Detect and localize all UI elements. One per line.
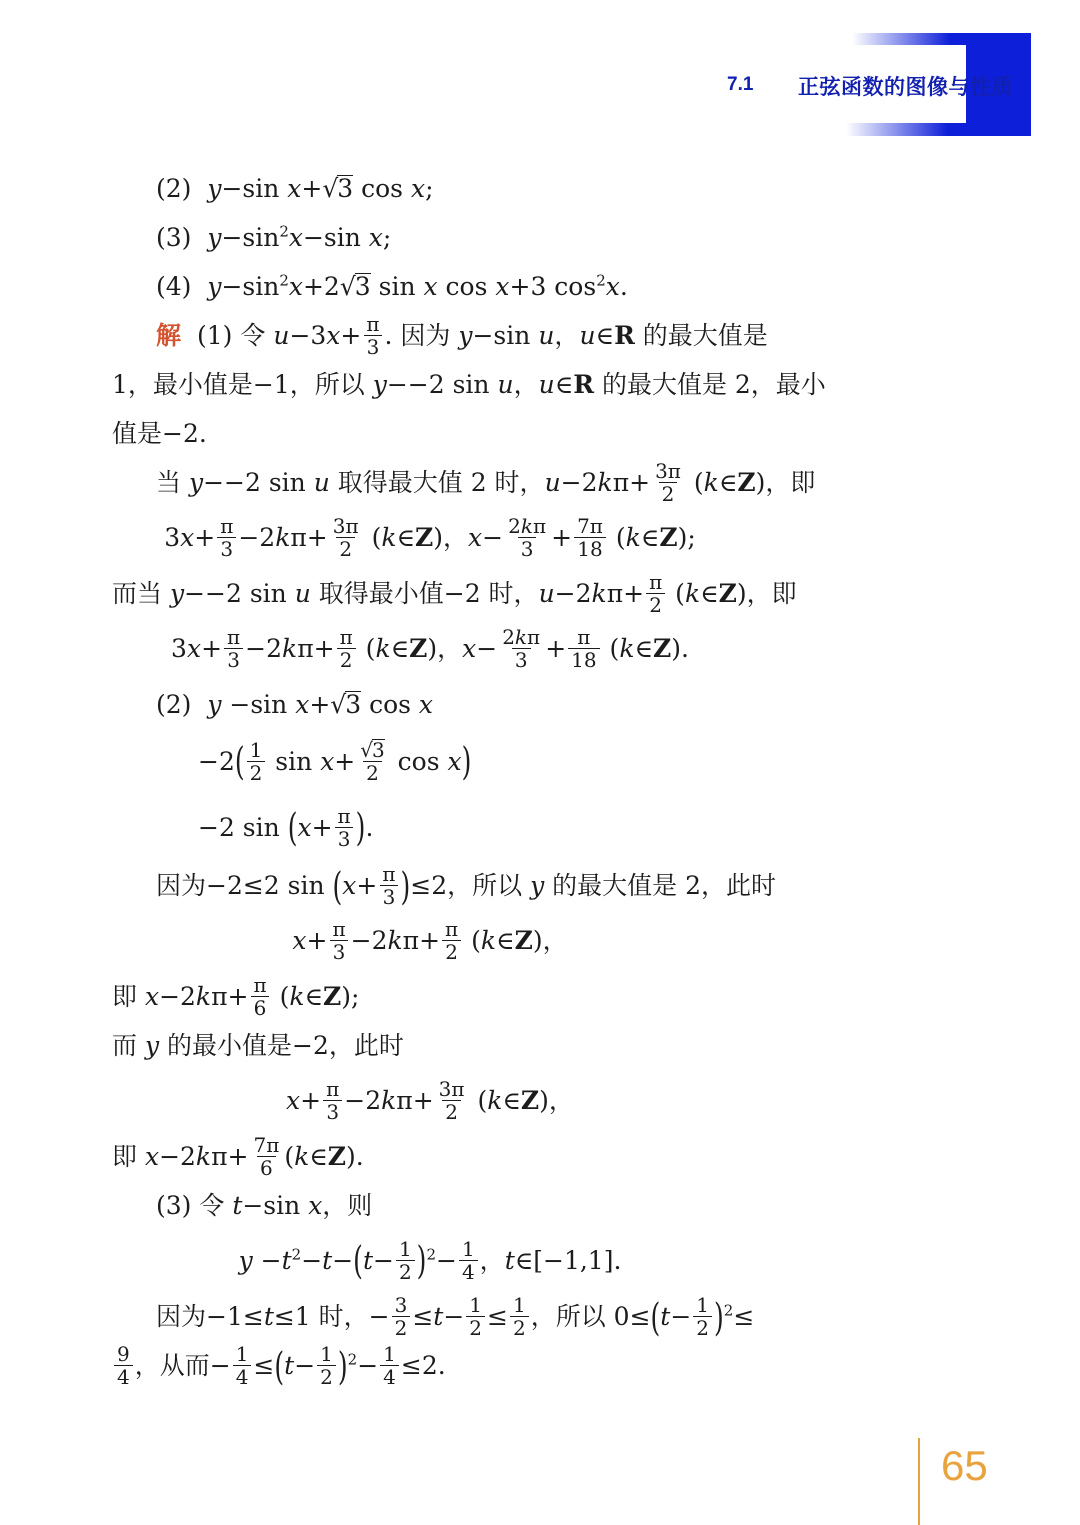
math-var: x bbox=[419, 690, 433, 719]
math-token: 3 bbox=[224, 648, 243, 671]
math-var: x bbox=[287, 174, 301, 203]
textbook-page: 7.1 正弦函数的图像与性质 (2) y−sin x+√3 cos x;(3) … bbox=[0, 0, 1080, 1525]
big-paren: ) bbox=[462, 711, 472, 813]
fraction: 3π2 bbox=[436, 1078, 468, 1124]
math-token: 1 bbox=[466, 1294, 485, 1316]
fraction: π2 bbox=[337, 626, 356, 672]
math-token: 3 bbox=[323, 1100, 342, 1123]
big-paren: ( bbox=[333, 848, 343, 924]
math-line: 当 y−−2 sin u 取得最大值 2 时，u−2kπ+3π2 (k∈Z)，即 bbox=[112, 458, 748, 507]
fraction: 7π6 bbox=[250, 1134, 282, 1180]
math-var: k bbox=[282, 634, 297, 663]
math-set-symbol: Z bbox=[737, 468, 755, 497]
fraction: 12 bbox=[317, 1343, 336, 1389]
math-var: x bbox=[424, 272, 438, 301]
math-token: 18 bbox=[574, 537, 605, 560]
fraction: 14 bbox=[233, 1343, 252, 1389]
fraction: 12 bbox=[247, 739, 266, 785]
math-line: 而当 y−−2 sin u 取得最小值−2 时，u−2kπ+π2 (k∈Z)，即 bbox=[112, 569, 748, 618]
math-var: x bbox=[187, 634, 201, 663]
math-token: 2 bbox=[659, 482, 678, 505]
math-line: −2 sin (x+π3). bbox=[112, 795, 748, 861]
math-var: y bbox=[373, 370, 387, 399]
fraction: 12 bbox=[396, 1238, 415, 1284]
math-token: 2 bbox=[693, 1316, 712, 1339]
superscript: 2 bbox=[279, 272, 289, 290]
math-var: t bbox=[363, 1246, 373, 1275]
math-token: 9 bbox=[114, 1343, 133, 1365]
math-var: x bbox=[448, 747, 462, 776]
math-token: 3 bbox=[330, 940, 349, 963]
math-token: π bbox=[442, 918, 461, 940]
math-set-symbol: Z bbox=[415, 523, 433, 552]
math-line: 因为−2≤2 sin (x+π3)≤2，所以 y 的最大值是 2，此时 bbox=[112, 861, 748, 910]
math-var: y bbox=[207, 690, 221, 719]
math-line: (4) y−sin2x+2√3 sin x cos x+3 cos2x. bbox=[112, 262, 748, 311]
big-paren: ) bbox=[356, 777, 366, 879]
math-token: 1 bbox=[233, 1343, 252, 1365]
superscript: 2 bbox=[292, 1246, 302, 1264]
math-line: (3) y−sin2x−sin x; bbox=[112, 213, 748, 262]
math-token: π bbox=[379, 863, 398, 885]
fraction: 3π2 bbox=[330, 515, 362, 561]
math-token: 1 bbox=[380, 1343, 399, 1365]
math-var: u bbox=[539, 579, 555, 608]
math-token: 3 bbox=[345, 691, 361, 718]
math-token: 4 bbox=[459, 1260, 478, 1283]
math-line: 因为−1≤t≤1 时，−32≤t−12≤12，所以 0≤(t−12)2≤ bbox=[112, 1292, 748, 1341]
math-var: y bbox=[530, 871, 544, 900]
math-var: t bbox=[505, 1246, 515, 1275]
math-var: x bbox=[289, 272, 303, 301]
fraction: 94 bbox=[114, 1343, 133, 1389]
fraction: π3 bbox=[224, 626, 243, 672]
radical-sign: √ bbox=[330, 690, 345, 719]
math-token: 2kπ bbox=[499, 626, 543, 648]
fraction: 12 bbox=[510, 1294, 529, 1340]
math-line: (3) 令 t−sin x，则 bbox=[112, 1181, 748, 1230]
math-set-symbol: Z bbox=[719, 579, 737, 608]
fraction: 32 bbox=[392, 1294, 411, 1340]
fraction: π6 bbox=[250, 974, 269, 1020]
math-token: 18 bbox=[568, 648, 599, 671]
superscript: 2 bbox=[279, 223, 289, 241]
fraction: π18 bbox=[568, 626, 599, 672]
math-var: t bbox=[322, 1246, 332, 1275]
math-var: y bbox=[189, 468, 203, 497]
math-token: 2 bbox=[466, 1316, 485, 1339]
math-token: 1 bbox=[510, 1294, 529, 1316]
section-number: 7.1 bbox=[727, 74, 753, 96]
math-var: x bbox=[495, 272, 509, 301]
math-var: u bbox=[579, 321, 595, 350]
radical-sign: √ bbox=[340, 272, 355, 301]
fraction: 14 bbox=[459, 1238, 478, 1284]
math-var: y bbox=[239, 1246, 253, 1275]
math-set-symbol: R bbox=[573, 370, 594, 399]
math-token: 3 bbox=[392, 1294, 411, 1316]
math-var: x bbox=[295, 690, 309, 719]
math-var: x bbox=[308, 1191, 322, 1220]
fraction: 3π2 bbox=[652, 460, 684, 506]
math-token: 1 bbox=[317, 1343, 336, 1365]
math-token: 2 bbox=[363, 761, 382, 784]
math-line: 1，最小值是−1，所以 y−−2 sin u，u∈R 的最大值是 2，最小 bbox=[112, 360, 748, 409]
fraction: π3 bbox=[329, 918, 348, 964]
math-var: k bbox=[685, 579, 700, 608]
math-set-symbol: Z bbox=[521, 1086, 539, 1115]
math-token: 1 bbox=[693, 1294, 712, 1316]
fraction: 12 bbox=[693, 1294, 712, 1340]
math-token: 2 bbox=[337, 648, 356, 671]
math-line: 3x+π3−2kπ+π2 (k∈Z)，x−2kπ3+π18 (k∈Z). bbox=[112, 618, 748, 680]
math-var: t bbox=[232, 1191, 242, 1220]
radical-sign: √ bbox=[360, 738, 372, 762]
math-token: π bbox=[217, 515, 236, 537]
math-var: k bbox=[626, 523, 641, 552]
fraction: 7π18 bbox=[574, 515, 606, 561]
big-paren: ( bbox=[651, 1279, 661, 1355]
sqrt: √3 bbox=[360, 738, 384, 762]
math-line: 3x+π3−2kπ+3π2 (k∈Z)，x−2kπ3+7π18 (k∈Z); bbox=[112, 507, 748, 569]
math-var: x bbox=[411, 174, 425, 203]
math-token: 3 bbox=[512, 648, 531, 671]
math-var: k bbox=[381, 523, 396, 552]
math-var: t bbox=[284, 1351, 294, 1380]
math-var: x bbox=[462, 634, 476, 663]
math-var: x bbox=[468, 523, 482, 552]
content-lines: (2) y−sin x+√3 cos x;(3) y−sin2x−sin x;(… bbox=[112, 164, 748, 1390]
math-var: u bbox=[314, 468, 330, 497]
big-paren: ) bbox=[338, 1328, 348, 1404]
big-paren: ) bbox=[401, 848, 411, 924]
math-var: y bbox=[207, 223, 221, 252]
page-number: 65 bbox=[941, 1442, 988, 1490]
math-var: x bbox=[145, 982, 159, 1011]
math-line: −2(12 sin x+√32 cos x) bbox=[112, 729, 748, 795]
math-line: 即 x−2kπ+7π6(k∈Z). bbox=[112, 1132, 748, 1181]
math-var: t bbox=[433, 1302, 443, 1331]
math-var: y bbox=[145, 1031, 159, 1060]
math-token: √3 bbox=[357, 739, 387, 761]
math-token: 6 bbox=[251, 996, 270, 1019]
math-var: k bbox=[521, 514, 533, 538]
fraction: π2 bbox=[442, 918, 461, 964]
math-var: k bbox=[275, 523, 290, 552]
math-var: t bbox=[660, 1302, 670, 1331]
math-token: π bbox=[574, 626, 593, 648]
math-token: 4 bbox=[233, 1365, 252, 1388]
sqrt: √3 bbox=[340, 272, 371, 301]
math-token: 3 bbox=[372, 739, 385, 761]
sqrt: √3 bbox=[322, 174, 353, 203]
math-set-symbol: Z bbox=[323, 982, 341, 1011]
math-token: π bbox=[323, 1078, 342, 1100]
math-var: x bbox=[289, 223, 303, 252]
math-set-symbol: Z bbox=[328, 1142, 346, 1171]
math-set-symbol: Z bbox=[409, 634, 427, 663]
math-token: 7π bbox=[250, 1134, 282, 1156]
math-token: 3 bbox=[355, 273, 371, 300]
math-token: π bbox=[224, 626, 243, 648]
big-paren: ) bbox=[714, 1279, 724, 1355]
header-gradient-bar-bottom bbox=[846, 123, 1031, 136]
big-paren: ( bbox=[288, 777, 298, 879]
math-line: (2) y−sin x+√3 cos x; bbox=[112, 164, 748, 213]
fraction: π3 bbox=[379, 863, 398, 909]
math-var: t bbox=[282, 1246, 292, 1275]
math-set-symbol: Z bbox=[515, 926, 533, 955]
math-var: u bbox=[545, 468, 561, 497]
math-set-symbol: R bbox=[614, 321, 635, 350]
fraction: π3 bbox=[217, 515, 236, 561]
math-token: 6 bbox=[257, 1156, 276, 1179]
math-token: π bbox=[337, 626, 356, 648]
page-number-rule bbox=[918, 1438, 920, 1525]
solve-label: 解 bbox=[156, 321, 181, 350]
math-var: x bbox=[297, 813, 311, 842]
math-token: π bbox=[335, 805, 354, 827]
big-paren: ( bbox=[235, 711, 245, 813]
section-title: 正弦函数的图像与性质 bbox=[798, 71, 1013, 101]
superscript: 2 bbox=[426, 1246, 436, 1264]
math-var: k bbox=[704, 468, 719, 497]
fraction: 2kπ3 bbox=[505, 515, 549, 561]
math-var: x bbox=[292, 926, 306, 955]
math-line: (2) y −sin x+√3 cos x bbox=[112, 680, 748, 729]
math-token: 3π bbox=[330, 515, 362, 537]
math-var: x bbox=[326, 321, 340, 350]
math-token: 3 bbox=[337, 175, 353, 202]
math-token: 7π bbox=[574, 515, 606, 537]
math-var: y bbox=[170, 579, 184, 608]
math-var: x bbox=[145, 1142, 159, 1171]
superscript: 2 bbox=[724, 1302, 734, 1320]
math-token: 3 bbox=[364, 335, 383, 358]
sqrt: √3 bbox=[330, 690, 361, 719]
math-token: 2 bbox=[317, 1365, 336, 1388]
math-line: 即 x−2kπ+π6 (k∈Z); bbox=[112, 972, 748, 1021]
math-token: 3 bbox=[335, 827, 354, 850]
fraction: 2kπ3 bbox=[499, 626, 543, 672]
math-token: π bbox=[329, 918, 348, 940]
math-token: π bbox=[250, 974, 269, 996]
math-set-symbol: Z bbox=[659, 523, 677, 552]
math-set-symbol: Z bbox=[653, 634, 671, 663]
math-var: k bbox=[515, 625, 527, 649]
math-var: x bbox=[180, 523, 194, 552]
math-token: 2 bbox=[510, 1316, 529, 1339]
math-token: π bbox=[363, 313, 382, 335]
math-var: k bbox=[481, 926, 496, 955]
math-token: 2 bbox=[646, 593, 665, 616]
math-var: k bbox=[289, 982, 304, 1011]
math-var: k bbox=[619, 634, 634, 663]
math-var: x bbox=[286, 1086, 300, 1115]
math-var: x bbox=[320, 747, 334, 776]
fraction: π3 bbox=[363, 313, 382, 359]
math-var: k bbox=[598, 468, 613, 497]
math-token: 3π bbox=[652, 460, 684, 482]
math-var: k bbox=[592, 579, 607, 608]
math-line: 而 y 的最小值是−2，此时 bbox=[112, 1021, 748, 1070]
math-token: 3π bbox=[436, 1078, 468, 1100]
big-paren: ( bbox=[353, 1213, 363, 1309]
math-var: x bbox=[369, 223, 383, 252]
math-token: 2kπ bbox=[505, 515, 549, 537]
math-var: u bbox=[538, 321, 554, 350]
fraction: 12 bbox=[466, 1294, 485, 1340]
math-var: k bbox=[487, 1086, 502, 1115]
math-var: u bbox=[539, 370, 555, 399]
superscript: 2 bbox=[348, 1351, 358, 1369]
math-var: t bbox=[264, 1302, 274, 1331]
fraction: π3 bbox=[335, 805, 354, 851]
big-paren: ( bbox=[274, 1328, 284, 1404]
superscript: 2 bbox=[596, 272, 606, 290]
math-token: 2 bbox=[247, 761, 266, 784]
math-token: 4 bbox=[114, 1365, 133, 1388]
fraction: 14 bbox=[380, 1343, 399, 1389]
math-token: 2 bbox=[392, 1316, 411, 1339]
math-line: 解(1) 令 u−3x+π3. 因为 y−sin u，u∈R 的最大值是 bbox=[112, 311, 748, 360]
math-line: 值是−2. bbox=[112, 409, 748, 458]
math-token: 4 bbox=[380, 1365, 399, 1388]
math-token: 2 bbox=[442, 1100, 461, 1123]
math-var: y bbox=[458, 321, 472, 350]
math-line: x+π3−2kπ+π2 (k∈Z)， bbox=[112, 910, 748, 972]
math-var: k bbox=[387, 926, 402, 955]
math-token: 1 bbox=[247, 739, 266, 761]
math-var: k bbox=[196, 1142, 211, 1171]
math-line: x+π3−2kπ+3π2 (k∈Z)， bbox=[112, 1070, 748, 1132]
math-var: u bbox=[295, 579, 311, 608]
fraction: π3 bbox=[323, 1078, 342, 1124]
math-var: y bbox=[207, 272, 221, 301]
fraction: π2 bbox=[646, 571, 665, 617]
math-var: u bbox=[273, 321, 289, 350]
math-var: k bbox=[375, 634, 390, 663]
math-var: k bbox=[196, 982, 211, 1011]
radical-sign: √ bbox=[322, 174, 337, 203]
math-token: 3 bbox=[217, 537, 236, 560]
math-token: π bbox=[646, 571, 665, 593]
math-var: y bbox=[207, 174, 221, 203]
big-paren: ) bbox=[417, 1213, 427, 1309]
math-token: 1 bbox=[396, 1238, 415, 1260]
math-var: k bbox=[294, 1142, 309, 1171]
math-token: 2 bbox=[396, 1260, 415, 1283]
math-var: x bbox=[342, 871, 356, 900]
math-var: x bbox=[606, 272, 620, 301]
math-token: 3 bbox=[518, 537, 537, 560]
math-token: 3 bbox=[380, 885, 399, 908]
math-token: 2 bbox=[442, 940, 461, 963]
math-token: 1 bbox=[459, 1238, 478, 1260]
math-var: u bbox=[497, 370, 513, 399]
math-token: 2 bbox=[336, 537, 355, 560]
math-var: k bbox=[381, 1086, 396, 1115]
